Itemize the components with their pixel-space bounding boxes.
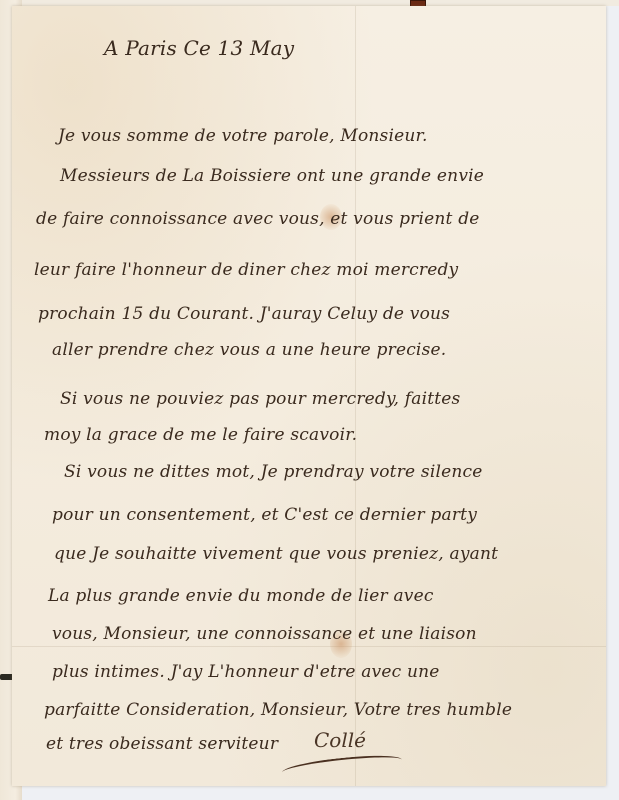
letter-line-16: et tres obeissant serviteur bbox=[46, 734, 278, 754]
letter-line-3: de faire connoissance avec vous, et vous… bbox=[36, 209, 480, 229]
letter-line-4: leur faire l'honneur de diner chez moi m… bbox=[34, 260, 458, 280]
letter-line-13: vous, Monsieur, une connoissance et une … bbox=[52, 624, 477, 644]
letter-line-14: plus intimes. J'ay L'honneur d'etre avec… bbox=[52, 662, 440, 682]
letter-line-12: La plus grande envie du monde de lier av… bbox=[48, 586, 434, 606]
letter-line-5: prochain 15 du Courant. J'auray Celuy de… bbox=[38, 304, 450, 324]
letter-line-7: Si vous ne pouviez pas pour mercredy, fa… bbox=[60, 389, 460, 409]
signature-flourish bbox=[281, 752, 402, 780]
letter-line-9: Si vous ne dittes mot, Je prendray votre… bbox=[64, 462, 482, 482]
letter-line-1: Je vous somme de votre parole, Monsieur. bbox=[58, 126, 428, 146]
letter-line-6: aller prendre chez vous a une heure prec… bbox=[52, 340, 446, 360]
letter-line-11: que Je souhaitte vivement que vous preni… bbox=[54, 544, 498, 564]
letter-line-15: parfaitte Consideration, Monsieur, Votre… bbox=[44, 700, 512, 720]
letter-sheet: A Paris Ce 13 May Je vous somme de votre… bbox=[12, 6, 606, 786]
dateline: A Paris Ce 13 May bbox=[104, 36, 294, 60]
signature: Collé bbox=[314, 728, 366, 752]
letter-line-10: pour un consentement, et C'est ce dernie… bbox=[52, 505, 477, 525]
horizontal-fold-line bbox=[12, 646, 606, 647]
letter-line-2: Messieurs de La Boissiere ont une grande… bbox=[60, 166, 484, 186]
letter-line-8: moy la grace de me le faire scavoir. bbox=[44, 425, 357, 445]
